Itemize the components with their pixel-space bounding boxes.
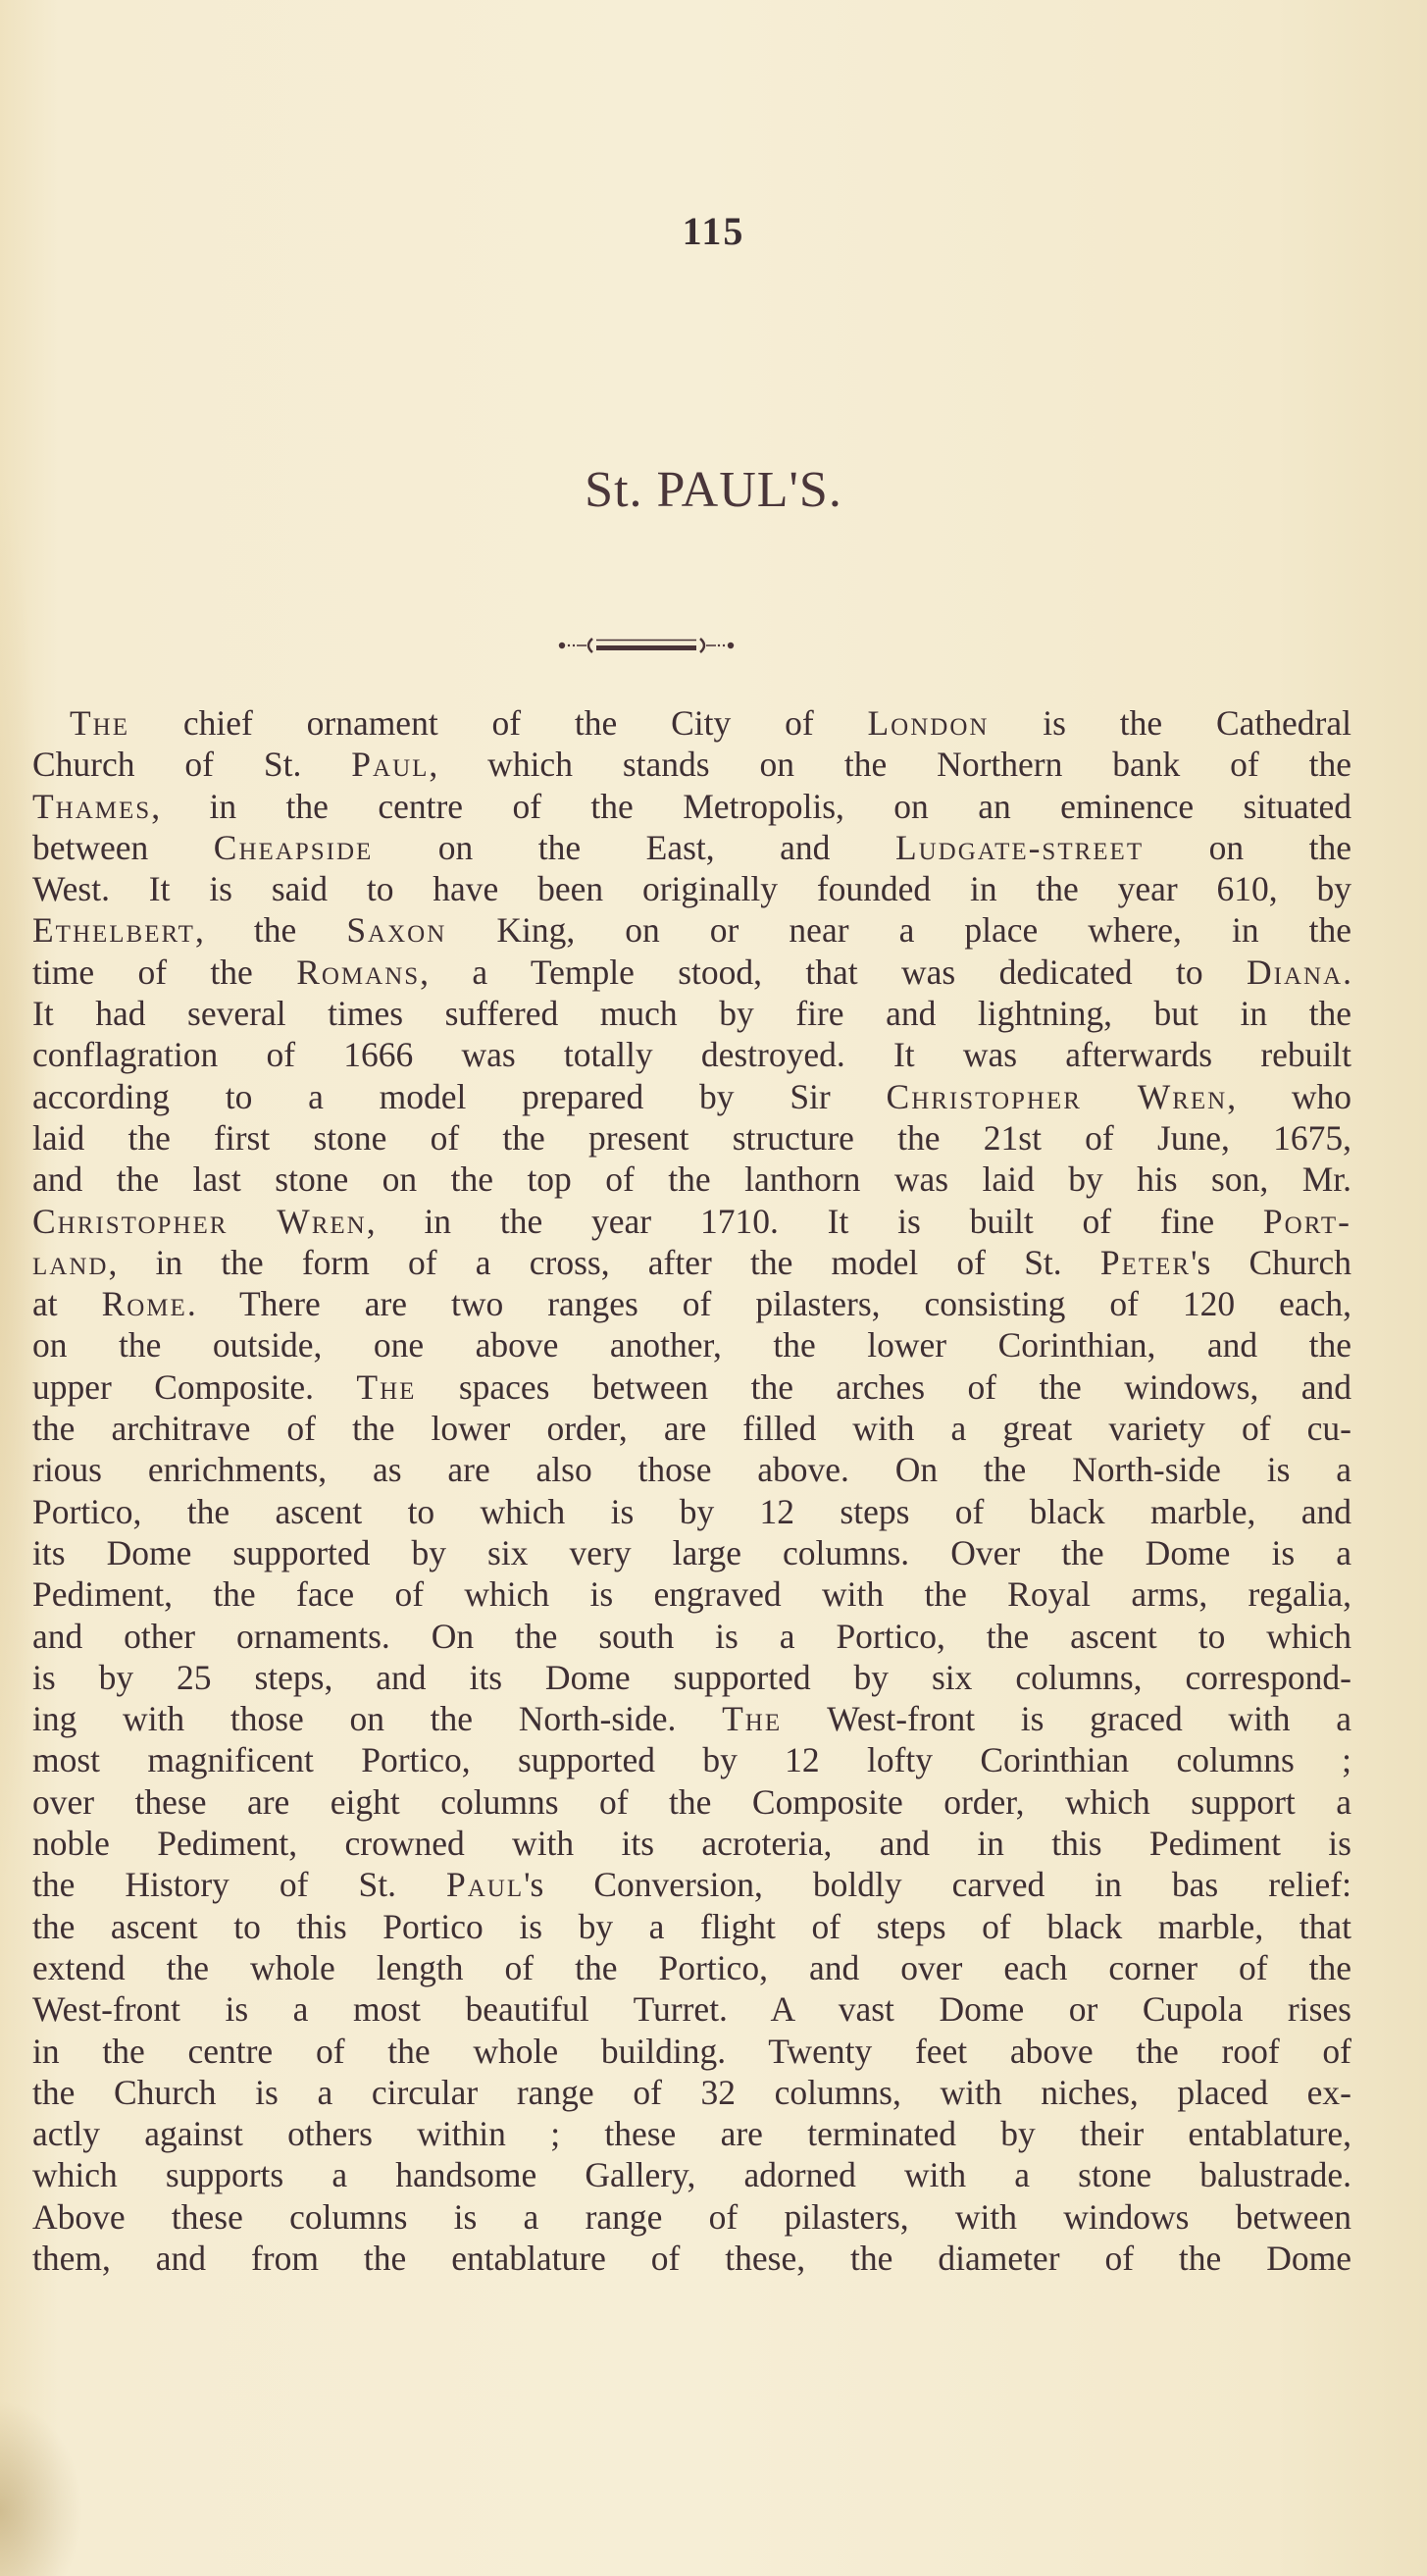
- text-line: West-front is a most beautiful Turret. A…: [32, 1988, 1351, 2030]
- text-line: Portico, the ascent to which is by 12 st…: [32, 1491, 1351, 1532]
- text-line: between Cheapside on the East, and Ludga…: [32, 827, 1351, 868]
- text-line: upper Composite. The spaces between the …: [32, 1366, 1351, 1408]
- small-caps-word: Wren: [1138, 1077, 1228, 1116]
- small-caps-word: Peter: [1100, 1243, 1191, 1282]
- small-caps-word: Paul: [351, 745, 429, 784]
- small-caps-word: The: [356, 1367, 416, 1407]
- text-line: over these are eight columns of the Comp…: [32, 1781, 1351, 1823]
- small-caps-word: Thames: [32, 787, 151, 826]
- page-number: 115: [0, 208, 1427, 254]
- text-line: most magnificent Portico, supported by 1…: [32, 1739, 1351, 1780]
- book-page: 115 St. PAUL'S. The chief ornament of th…: [0, 0, 1427, 2576]
- small-caps-word: The: [722, 1699, 782, 1738]
- text-line: and the last stone on the top of the lan…: [32, 1159, 1351, 1200]
- text-line: Christopher Wren, in the year 1710. It i…: [32, 1201, 1351, 1242]
- text-line: rious enrichments, as are also those abo…: [32, 1449, 1351, 1490]
- body-paragraph: The chief ornament of the City of London…: [32, 702, 1351, 2279]
- text-line: the ascent to this Portico is by a fligh…: [32, 1906, 1351, 1947]
- text-line: laid the first stone of the present stru…: [32, 1117, 1351, 1159]
- text-line: time of the Romans, a Temple stood, that…: [32, 952, 1351, 993]
- small-caps-word: land: [32, 1243, 108, 1282]
- text-line: in the centre of the whole building. Twe…: [32, 2031, 1351, 2072]
- text-line: extend the whole length of the Portico, …: [32, 1947, 1351, 1988]
- text-line: them, and from the entablature of these,…: [32, 2238, 1351, 2279]
- text-line: Thames, in the centre of the Metropolis,…: [32, 786, 1351, 827]
- text-line: is by 25 steps, and its Dome supported b…: [32, 1657, 1351, 1698]
- small-caps-word: The: [70, 703, 129, 743]
- small-caps-word: Paul: [446, 1865, 524, 1904]
- text-line: the Church is a circular range of 32 col…: [32, 2072, 1351, 2113]
- text-line: conflagration of 1666 was totally destro…: [32, 1034, 1351, 1075]
- text-line: Ethelbert, the Saxon King, on or near a …: [32, 909, 1351, 951]
- page-title: St. PAUL'S.: [0, 461, 1427, 520]
- text-line: Church of St. Paul, which stands on the …: [32, 744, 1351, 785]
- text-line: its Dome supported by six very large col…: [32, 1532, 1351, 1573]
- small-caps-word: Saxon: [346, 910, 446, 950]
- text-line: West. It is said to have been originally…: [32, 868, 1351, 909]
- small-caps-word: Romans: [296, 953, 420, 992]
- small-caps-word: Christopher: [32, 1202, 228, 1241]
- small-caps-word: Ethelbert: [32, 910, 195, 950]
- small-caps-word: Cheapside: [214, 828, 374, 867]
- small-caps-word: Port-: [1263, 1202, 1351, 1241]
- text-line: It had several times suffered much by fi…: [32, 993, 1351, 1034]
- text-line: and other ornaments. On the south is a P…: [32, 1616, 1351, 1657]
- small-caps-word: London: [868, 703, 990, 743]
- text-line: The chief ornament of the City of London…: [32, 702, 1351, 744]
- text-line: ing with those on the North-side. The We…: [32, 1698, 1351, 1739]
- small-caps-word: Rome: [102, 1284, 187, 1323]
- text-line: Above these columns is a range of pilast…: [32, 2196, 1351, 2238]
- text-line: land, in the form of a cross, after the …: [32, 1242, 1351, 1283]
- text-line: actly against others within ; these are …: [32, 2113, 1351, 2154]
- text-line: Pediment, the face of which is engraved …: [32, 1573, 1351, 1615]
- small-caps-word: Ludgate-street: [895, 828, 1144, 867]
- text-line: according to a model prepared by Sir Chr…: [32, 1076, 1351, 1117]
- small-caps-word: Diana: [1247, 953, 1343, 992]
- text-line: noble Pediment, crowned with its acroter…: [32, 1823, 1351, 1864]
- text-line: on the outside, one above another, the l…: [32, 1324, 1351, 1365]
- decorative-rule-icon: [557, 636, 736, 655]
- small-caps-word: Wren: [277, 1202, 367, 1241]
- text-line: the architrave of the lower order, are f…: [32, 1408, 1351, 1449]
- text-line: which supports a handsome Gallery, adorn…: [32, 2154, 1351, 2195]
- text-line: the History of St. Paul's Conversion, bo…: [32, 1864, 1351, 1905]
- small-caps-word: Christopher: [887, 1077, 1082, 1116]
- text-line: at Rome. There are two ranges of pilaste…: [32, 1283, 1351, 1324]
